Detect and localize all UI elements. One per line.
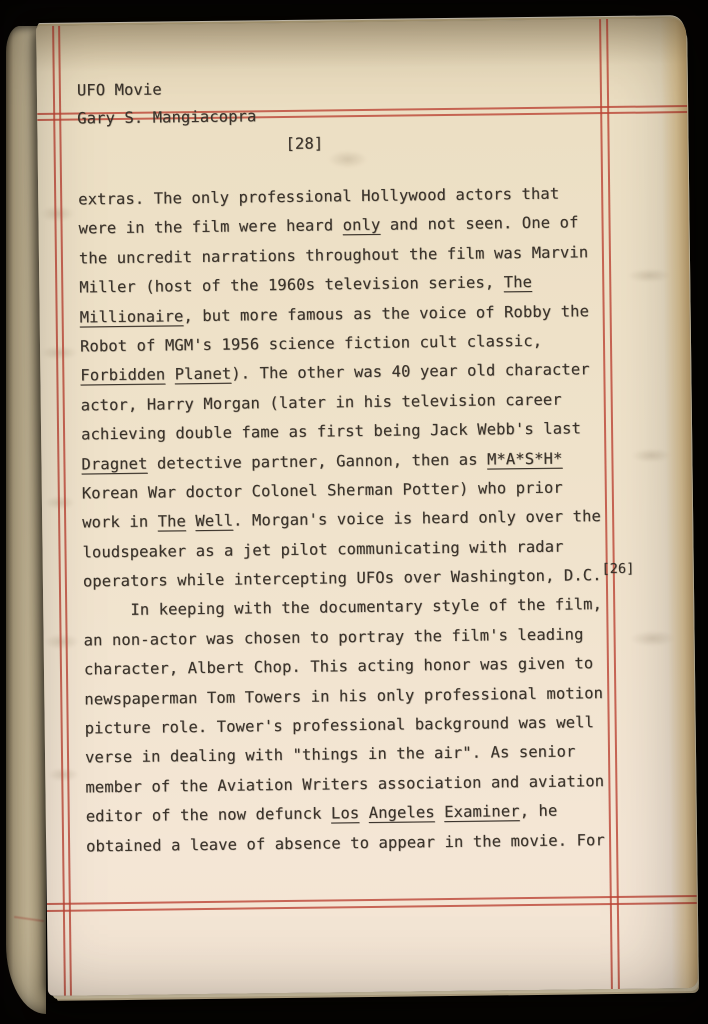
bleedthrough-rule-mark bbox=[14, 916, 44, 922]
ghost-smudge bbox=[44, 634, 80, 650]
page-number: [28] bbox=[285, 135, 323, 153]
ghost-smudge bbox=[47, 768, 79, 782]
text-line: obtained a leave of absence to appear in… bbox=[86, 829, 638, 865]
typed-body: extras. The only professional Hollywood … bbox=[78, 183, 638, 866]
ghost-smudge bbox=[630, 630, 676, 647]
document-author: Gary S. Mangiacopra bbox=[77, 107, 256, 127]
ghost-smudge bbox=[631, 448, 671, 462]
bottom-margin-rule-lower bbox=[47, 902, 697, 912]
scanned-manuscript-photo: UFO Movie Gary S. Mangiacopra [28] extra… bbox=[0, 0, 708, 1024]
document-title: UFO Movie bbox=[77, 80, 162, 99]
page-top-shade bbox=[36, 18, 687, 72]
ghost-smudge bbox=[45, 496, 75, 510]
ghost-smudge bbox=[627, 268, 671, 283]
page-edge-sheen bbox=[660, 18, 698, 988]
ghost-smudge bbox=[40, 346, 78, 360]
manuscript-page: UFO Movie Gary S. Mangiacopra [28] extra… bbox=[36, 18, 698, 996]
ghost-smudge bbox=[328, 150, 368, 168]
left-margin-rule-inner bbox=[58, 26, 71, 996]
ghost-smudge bbox=[40, 206, 74, 222]
